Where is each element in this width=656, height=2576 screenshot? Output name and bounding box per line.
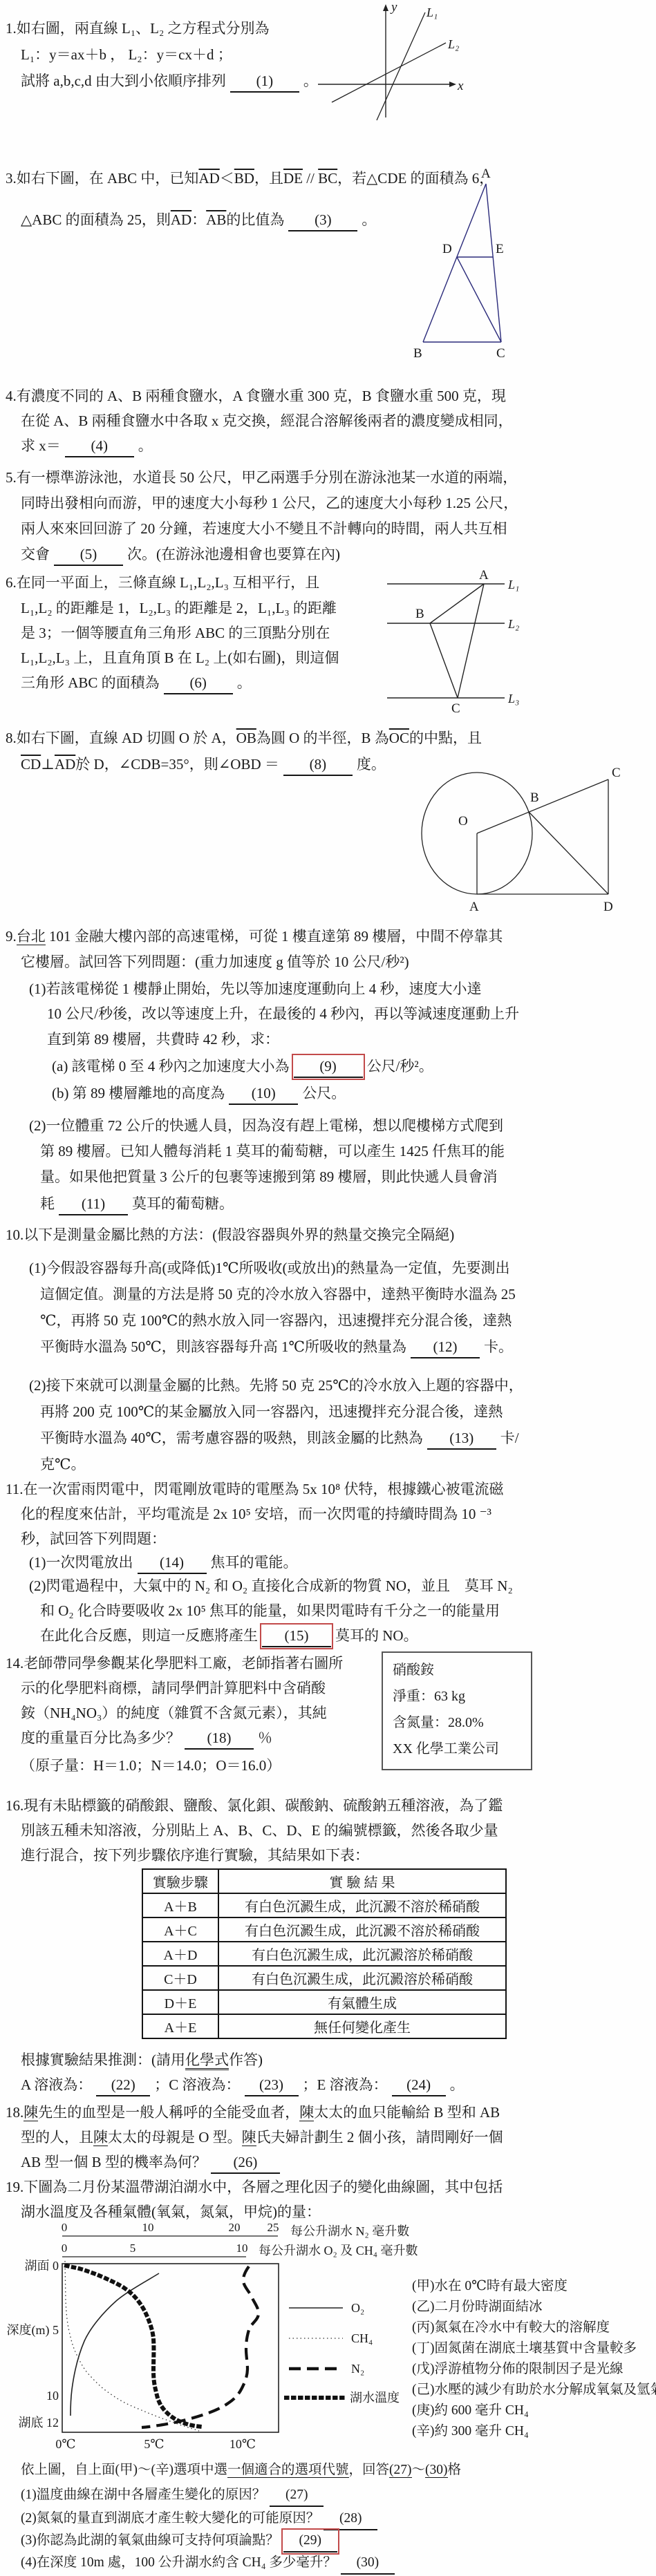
q14-line4: 度的重量百分比為多少？(18)％ [21,1727,272,1750]
list-item: 硝酸銨 [393,1657,531,1683]
q9-line9: 第 89 樓層。已知人體每消耗 1 莫耳的葡萄糖，可以產生 1425 仟焦耳的能 [40,1141,505,1162]
q10-answer-blank-12: (12) [411,1336,480,1358]
q6-line1: 6.在同一平面上，三條直線 L₁,L₂,L₃ 互相平行，且 [6,572,319,593]
q8-point-A: A [469,900,479,914]
o2-axis-label: 每公升湖水 O₂ 及 CH₄ 毫升數 [259,2244,418,2257]
o2-tick-0: 0 [62,2242,68,2255]
q9-answer-blank-10: (10) [229,1083,298,1105]
legend-label-ch4: CH₄ [351,2331,373,2345]
q11-line7: 在此化合反應，則這一反應將產生(15)莫耳的 NO。 [40,1625,418,1647]
q4-answer-blank: (4) [65,435,134,457]
curve-ch4 [65,2261,199,2431]
n2-tick-0: 0 [62,2221,68,2234]
q19-subq2: (2)氮氣的量直到湖底才產生較大變化的可能原因？(28) [21,2508,382,2530]
q18-l1-t2: 太太的血只能輸給 B 型和 AB [314,2104,500,2121]
experiment-table: 實驗步驟 實 驗 結 果 A＋B有白色沉澱生成，此沉澱不溶於稀硝酸A＋C有白色沉… [142,1868,507,2039]
q19-r1-text: (1)溫度曲線在湖中各層產生變化的原因？ [21,2488,265,2502]
list-item: (辛)約 300 毫升 CH₄ [412,2421,656,2442]
q9-line11: 耗(11)莫耳的葡萄糖。 [40,1193,234,1215]
q16-infer-line: 根據實驗結果推測：(請用化學式作答) [21,2049,263,2070]
q9-l7-end: 公尺。 [302,1085,346,1101]
temp-tick-5: 5℃ [144,2437,164,2451]
temp-tick-0: 0℃ [55,2437,75,2451]
list-item: XX 化學工業公司 [393,1736,531,1762]
q3-triangle-diagram: A B C D E [401,162,525,370]
list-item: 淨重：63 kg [393,1683,531,1710]
col-step: 實驗步驟 [142,1869,218,1893]
table-cell: 有白色沉澱生成，此沉澱不溶於稀硝酸 [218,1917,506,1942]
exam-page: 1.如右圖，兩直線 L₁、L₂ 之方程式分別為 L₁：y＝ax＋b ， L₂：y… [0,0,656,2576]
q10-line6: (2)接下來就可以測量金屬的比熱。先將 50 克 25℃的冷水放入上題的容器中， [29,1375,523,1396]
q3-l2-end: 。 [362,211,376,228]
o2-tick-5: 5 [130,2242,136,2255]
q1-line1: 1.如右圖，兩直線 L₁、L₂ 之方程式分別為 [6,18,270,39]
q19-instruction: 依上圖，自上面(甲)～(辛)選項中選一個適合的選項代號，回答(27)～(30)格 [21,2460,461,2481]
n2-tick-10: 10 [142,2221,154,2234]
q6-line4: L₁,L₂,L₃ 上，且直角頂 B 在 L₂ 上(如右圖)，則這個 [21,647,339,668]
q5-l4-end: 次。(在游泳池邊相會也要算在內) [127,546,340,562]
q1-L2-label: L₂ [447,37,459,51]
q14-answer-blank-18: (18) [185,1727,254,1750]
q16-answer-blank-24: (24) [392,2074,446,2096]
q16-answers-line: A 溶液為：(22)；C 溶液為：(23)；E 溶液為：(24)。 [21,2074,465,2096]
q8-center-O: O [458,814,468,828]
q18-line1: 18.陳先生的血型是一般人稱呼的全能受血者，陳太太的血只能輸給 B 型和 AB [6,2102,500,2123]
q1-L1-label: L₁ [426,6,438,19]
table-cell: 有白色沉澱生成，此沉澱溶於稀硝酸 [218,1942,506,1966]
q19-instr-t4: 格 [448,2463,462,2477]
q11-answer-blank-14: (14) [138,1552,207,1574]
q9-l1-num: 9. [6,928,17,945]
y-label-5m: 深度(m) 5 [7,2323,59,2338]
q19-line1: 19.下圖為二月份某溫帶湖泊湖水中，各層之理化因子的變化曲線圖，其中包括 [6,2177,503,2197]
q14-line5: （原子量：H＝1.0；N＝14.0；O＝16.0） [21,1755,281,1776]
list-item: (庚)約 600 毫升 CH₄ [412,2400,656,2421]
q11-l4-end: 焦耳的電能。 [211,1554,298,1571]
q9-line6: (a) 該電梯 0 至 4 秒內之加速度大小為(9)公尺/秒²。 [52,1056,433,1078]
curve-o2 [71,2273,159,2416]
curve-temperature [66,2266,202,2427]
n2-axis-label: 每公升湖水 N₂ 毫升數 [290,2224,409,2238]
q6-line3: 是 3；一個等腰直角三角形 ABC 的三頂點分別在 [21,623,330,643]
q3-vertex-A: A [481,167,491,181]
q10-l5-text: 平衡時水溫為 50℃，則該容器每升高 1℃所吸收的熱量為 [40,1338,406,1355]
q6-parallel-lines-diagram: A B C L₁ L₂ L₃ [377,560,536,715]
q3-vertex-B: B [413,346,422,361]
q4-l3-end: 。 [138,437,153,454]
q8-line2: CD⊥AD於 D，∠CDB=35°，則∠OBD ＝(8)度。 [21,754,386,776]
q11-l7-text: 在此化合反應，則這一反應將產生 [40,1627,258,1644]
q4-line3: 求 x＝(4)。 [21,435,153,457]
q9-l11-text: 耗 [40,1195,55,1212]
q8-l2-end: 度。 [357,756,386,773]
q14-line3: 銨（NH₄NO₃）的純度（雜質不含氮元素），其純 [21,1703,327,1723]
n2-tick-25: 25 [268,2221,279,2234]
q3-answer-blank: (3) [288,209,357,231]
q10-line3: 這個定值。測量的方法是將 50 克的冷水放入容器中，達熱平衡時水溫為 25 [40,1284,516,1305]
q5-l4-text: 交會 [21,546,50,562]
q3-line2: △ABC 的面積為 25，則AD：AB的比值為(3)。 [21,209,376,231]
q6-line5: 三角形 ABC 的面積為(6)。 [21,672,252,694]
q16-l4-t2: 作答) [229,2052,263,2068]
q6-L1-label: L₁ [507,578,519,591]
q16-l5-end: 。 [450,2076,465,2093]
q19-subq1: (1)溫度曲線在湖中各層產生變化的原因？(27) [21,2485,328,2507]
q5-line4: 交會(5)次。(在游泳池邊相會也要算在內) [21,544,340,566]
q14-line1: 14.老師帶同學參觀某化學肥料工廠，老師指著右圖所 [6,1653,343,1674]
q5-answer-blank: (5) [54,544,123,566]
col-result: 實 驗 結 果 [218,1869,506,1893]
q19-instr-27: (27) [389,2463,412,2478]
q16-l5-t2: ；C 溶液為： [154,2076,240,2093]
table-cell: A＋D [142,1942,218,1966]
y-label-bottom: 湖底 12 [19,2416,59,2430]
q3-seg-AD2: AD [171,211,191,228]
q18-l1-num: 18. [6,2104,24,2121]
n2-tick-20: 20 [229,2221,241,2234]
q16-answer-blank-23: (23) [245,2074,299,2096]
q14-line2: 示的化學肥料商標，請同學們計算肥料中含硝酸 [21,1678,326,1698]
q19-instr-t3: ～ [412,2463,426,2477]
table-cell: A＋C [142,1917,218,1942]
q9-answer-blank-9: (9) [294,1056,363,1078]
q18-line2: 型的人，且陳太太的母親是 O 型。陳氏夫婦計劃生 2 個小孩，請問剛好一個 [21,2127,503,2148]
q16-l4-t1: 根據實驗結果推測：(請用 [21,2052,185,2068]
q3-l2-t1: △ABC 的面積為 25，則 [21,211,171,228]
list-item: (乙)二月份時湖面結冰 [412,2297,656,2318]
q3-l1-t1: 3.如右下圖，在 ABC 中，已知 [6,170,198,187]
q3-l2-t3: 的比值為 [226,211,284,228]
q6-answer-blank: (6) [164,672,233,694]
q3-vertex-C: C [496,346,505,361]
q3-point-D: D [442,242,452,256]
q9-line7: (b) 第 89 樓層離地的高度為(10)公尺。 [52,1083,346,1105]
table-cell: 有白色沉澱生成，此沉澱不溶於稀硝酸 [218,1893,506,1917]
table-row: A＋D有白色沉澱生成，此沉澱溶於稀硝酸 [142,1942,506,1966]
q6-L3-label: L₃ [507,692,519,705]
q4-line1: 4.有濃度不同的 A、B 兩種食鹽水，A 食鹽水重 300 克，B 食鹽水重 5… [6,386,506,406]
q8-point-D: D [603,900,613,914]
q9-line5: 直到第 89 樓層，共費時 42 秒，求： [47,1029,279,1050]
q9-line2: 它樓層。試回答下列問題：(重力加速度 g 值等於 10 公尺/秒²) [21,951,409,972]
q18-line3: AB 型一個 B 型的機率為何？(26) [21,2152,284,2174]
table-cell: A＋E [142,2014,218,2038]
q8-seg-OB: OB [236,730,256,746]
q16-l5-t1: A 溶液為： [21,2076,92,2093]
q8-point-C: C [612,766,621,780]
table-cell: 有氣體生成 [218,1990,506,2014]
table-cell: C＋D [142,1966,218,1990]
q10-line5: 平衡時水溫為 50℃，則該容器每升高 1℃所吸收的熱量為(12)卡。 [40,1336,513,1358]
q9-l7-text: (b) 第 89 樓層離地的高度為 [52,1085,225,1101]
q19-subq3: (3)你認為此湖的氧氣曲線可支持何項論點？(29) [21,2530,341,2553]
q9-answer-blank-11: (11) [59,1193,128,1215]
q11-answer-blank-15: (15) [262,1625,331,1647]
table-row: A＋E無任何變化產生 [142,2014,506,2038]
q3-seg-DE: DE [283,170,303,187]
q11-line2: 化的程度來估計，平均電流是 2x 10⁵ 安培，而一次閃電的持續時間為 10 ⁻… [21,1504,491,1524]
legend-label-o2: O₂ [351,2301,364,2315]
q19-r4-text: (4)在深度 10m 處，100 公升湖水約含 CH₄ 多少毫升？ [21,2555,337,2570]
q3-seg-AD: AD [198,170,219,187]
q9-l1-taipei: 台北 [17,928,46,945]
list-item: 含氮量：28.0% [393,1710,531,1736]
q11-line1: 11.在一次雷雨閃電中，閃電剛放電時的電壓為 5x 10⁸ 伏特，根據鐵心被電流… [6,1479,504,1499]
q10-l8-text: 平衡時水溫為 40℃，需考慮容器的吸熱，則該金屬的比熱為 [40,1430,423,1446]
q10-answer-blank-13: (13) [427,1428,496,1450]
o2-tick-10: 10 [236,2242,248,2255]
q19-r3-text: (3)你認為此湖的氧氣曲線可支持何項論點？ [21,2533,279,2548]
q4-l3-text: 求 x＝ [21,437,61,454]
q11-l4-text: (1)一次閃電放出 [29,1554,133,1571]
q11-line3: 秒，試回答下列問題： [21,1528,166,1549]
q8-seg-AD: AD [55,756,75,773]
table-cell: 無任何變化產生 [218,2014,506,2038]
q6-l5-end: 。 [237,674,252,691]
q16-answer-blank-22: (22) [96,2074,150,2096]
q1-line2: L₁：y＝ax＋b ， L₂：y＝cx＋d ； [21,44,232,65]
q3-seg-AB: AB [206,211,226,228]
legend-label-temperature: 湖水溫度 [350,2391,400,2405]
q16-line2: 別該五種未知溶液，分別貼上 A、B、C、D、E 的編號標籤，然後各取少量 [21,1820,498,1841]
q1-answer-blank: (1) [230,70,299,93]
q9-l11-end: 莫耳的葡萄糖。 [132,1195,234,1212]
q8-l2-t2: 於 D，∠CDB=35°，則∠OBD ＝ [75,756,279,773]
experiment-table-header: 實驗步驟 實 驗 結 果 [142,1869,506,1893]
q8-answer-blank: (8) [283,754,353,776]
q18-name3: 陳 [93,2129,108,2146]
q1-lines-graph: y x L₁ L₂ [297,0,470,124]
q18-l2-t1: 型的人，且 [21,2129,93,2146]
q19-answer-blank-28: (28) [324,2508,377,2530]
y-label-surface: 湖面 0 [25,2259,59,2273]
q11-l7-end: 莫耳的 NO。 [335,1627,418,1644]
q8-l1-t3: 的中點，且 [409,730,482,746]
q5-line1: 5.有一標準游泳池，水道長 50 公尺，甲乙兩選手分別在游泳池某一水道的兩端， [6,467,517,488]
q9-l1-text: 101 金融大樓內部的高速電梯，可從 1 樓直達第 89 樓層，中間不停靠其 [46,928,503,945]
q3-l1-t4: // [303,170,318,187]
q10-line4: ℃，再將 50 克 100℃的熱水放入同一容器內，迅速攪拌充分混合後，達熱 [40,1310,512,1331]
q8-l1-t1: 8.如右下圖，直線 AD 切圓 O 於 A， [6,730,236,746]
q3-l2-t2: ： [191,211,206,228]
list-item: (戊)浮游植物分佈的限制因子是光線 [412,2359,656,2380]
q8-seg-OC: OC [389,730,409,746]
q14-l4-text: 度的重量百分比為多少？ [21,1730,180,1746]
q18-l2-t3: 氏夫婦計劃生 2 個小孩，請問剛好一個 [256,2129,503,2146]
q6-vertex-A: A [479,568,489,583]
q16-l5-t3: ；E 溶液為： [303,2076,388,2093]
list-item: (丁)固氮菌在湖底土壤基質中含量較多 [412,2338,656,2359]
q10-line9: 克℃。 [40,1454,86,1475]
q11-line5: (2)閃電過程中，大氣中的 N₂ 和 O₂ 直接化合成新的物質 NO，並且 莫耳… [29,1575,513,1596]
q8-l2-t1: ⊥ [41,756,55,773]
q1-line3-text: 試將 a,b,c,d 由大到小依順序排列 [21,73,226,89]
q10-line7: 再將 200 克 100℃的某金屬放入同一容器內，迅速攪拌充分混合後，達熱 [40,1401,503,1422]
q18-l2-t2: 太太的母親是 O 型。 [108,2129,242,2146]
q18-l3-text: AB 型一個 B 型的機率為何？ [21,2154,207,2170]
y-label-10m: 10 [46,2389,59,2403]
q11-line6: 和 O₂ 化合時要吸收 2x 10⁵ 焦耳的能量，如果閃電時有千分之一的能量用 [40,1600,500,1621]
q19-instr-t1: 依上圖，自上面(甲)～(辛)選項中選 [21,2463,227,2477]
q11-line4: (1)一次閃電放出(14)焦耳的電能。 [29,1552,298,1574]
table-cell: 有白色沉澱生成，此沉澱溶於稀硝酸 [218,1966,506,1990]
q1-line3: 試將 a,b,c,d 由大到小依順序排列(1)。 [21,70,318,93]
q3-l1-t3: ，且 [254,170,283,187]
q3-seg-BC: BC [318,170,337,187]
list-item: (丙)氮氣在冷水中有較大的溶解度 [412,2318,656,2338]
q19-answer-blank-30: (30) [341,2553,395,2575]
table-row: A＋C有白色沉澱生成，此沉澱不溶於稀硝酸 [142,1917,506,1942]
q9-line10: 量。如果他把質量 3 公斤的包裹等速搬到第 89 樓層，則此快遞人員會消 [40,1166,498,1187]
q6-vertex-B: B [415,607,424,621]
q16-line3: 進行混合，按下列步驟依序進行實驗，其結果如下表： [21,1845,369,1866]
q6-l5-text: 三角形 ABC 的面積為 [21,674,160,691]
q9-l6-end: 公尺/秒²。 [367,1058,433,1074]
q9-line3: (1)若該電梯從 1 樓靜止開始，先以等加速度運動向上 4 秒，速度大小達 [29,978,481,999]
list-item: (己)水壓的減少有助於水分解成氧氣及氫氣 [412,2380,656,2400]
q18-name2: 陳 [299,2104,314,2121]
q6-L2-label: L₂ [507,617,519,631]
table-cell: D＋E [142,1990,218,2014]
q19-subq4: (4)在深度 10m 處，100 公升湖水約含 CH₄ 多少毫升？(30) [21,2553,399,2575]
temp-tick-10: 10℃ [229,2437,256,2451]
q8-seg-CD: CD [21,756,41,773]
table-row: D＋E有氣體生成 [142,1990,506,2014]
q19-answer-blank-27: (27) [270,2485,324,2507]
q16-line1: 16.現有未貼標籤的硝酸銀、鹽酸、氯化鋇、碳酸鈉、硫酸鈉五種溶液，為了鑑 [6,1795,503,1816]
q18-name1: 陳 [24,2104,38,2121]
q10-line1: 10.以下是測量金屬比熱的方法：(假設容器與外界的熱量交換完全隔絕) [6,1224,454,1245]
q9-line8: (2)一位體重 72 公斤的快遞人員，因為沒有趕上電梯，想以爬樓梯方式爬到 [29,1115,503,1136]
fertilizer-label-box: 硝酸銨淨重：63 kg含氮量：28.0%XX 化學工業公司 [382,1651,532,1770]
table-row: C＋D有白色沉澱生成，此沉澱溶於稀硝酸 [142,1966,506,1990]
q3-point-E: E [496,242,504,256]
q8-line1: 8.如右下圖，直線 AD 切圓 O 於 A，OB為圓 O 的半徑，B 為OC的中… [6,728,482,748]
q9-line4: 10 公尺/秒後，改以等速度上升，在最後的 4 秒內，再以等減速度運動上升 [47,1003,519,1024]
q1-y-axis-label: y [390,0,397,15]
q19-r2-text: (2)氮氣的量直到湖底才產生較大變化的可能原因？ [21,2511,319,2526]
q3-seg-BD: BD [234,170,254,187]
q6-line2: L₁,L₂ 的距離是 1，L₂,L₃ 的距離是 2，L₁,L₃ 的距離 [21,598,337,618]
q10-line2: (1)今假設容器每升高(或降低)1℃所吸收(或放出)的熱量為一定值，先要測出 [29,1258,509,1278]
q18-answer-blank-26: (26) [211,2152,280,2174]
table-cell: A＋B [142,1893,218,1917]
q19-instr-u1: 一個適合的選項代號 [227,2463,349,2478]
q10-l8-end: 卡/ [500,1430,519,1446]
q1-x-axis-label: x [457,79,464,93]
q4-line2: 在從 A、B 兩種食鹽水中各取 x 克交換，經混合溶解後兩者的濃度變成相同， [21,410,513,431]
q8-point-B: B [530,790,539,805]
q9-l6-text: (a) 該電梯 0 至 4 秒內之加速度大小為 [52,1058,290,1074]
table-row: A＋B有白色沉澱生成，此沉澱不溶於稀硝酸 [142,1893,506,1917]
q18-l1-t1: 先生的血型是一般人稱呼的全能受血者， [38,2104,299,2121]
q9-line1: 9.台北 101 金融大樓內部的高速電梯，可從 1 樓直達第 89 樓層，中間不… [6,926,503,947]
list-item: (甲)水在 0℃時有最大密度 [412,2276,656,2297]
q19-option-list: (甲)水在 0℃時有最大密度(乙)二月份時湖面結冰(丙)氮氣在冷水中有較大的溶解… [412,2276,656,2442]
q18-name4: 陳 [242,2129,256,2146]
q19-instr-30: (30) [425,2463,448,2478]
q6-vertex-C: C [451,701,460,715]
q5-line3: 兩人來來回回游了 20 分鐘，若速度大小不變且不計轉向的時間，兩人共互相 [21,518,507,539]
q8-l1-t2: 為圓 O 的半徑，B 為 [256,730,389,746]
q19-answer-blank-29: (29) [283,2530,337,2553]
legend-label-n2: N₂ [351,2362,364,2376]
q8-circle-diagram: O A B C D [411,766,639,928]
q14-l4-end: ％ [258,1730,272,1746]
q19-instr-t2: ，回答 [349,2463,390,2477]
q10-l5-end: 卡。 [484,1338,513,1355]
q10-line8: 平衡時水溫為 40℃，需考慮容器的吸熱，則該金屬的比熱為(13)卡/ [40,1428,519,1450]
q5-line2: 同時出發相向而游，甲的速度大小每秒 1 公尺，乙的速度大小每秒 1.25 公尺， [21,493,518,513]
q16-chem-formula: 化學式 [185,2052,229,2070]
q3-l1-t2: ＜ [220,170,234,187]
